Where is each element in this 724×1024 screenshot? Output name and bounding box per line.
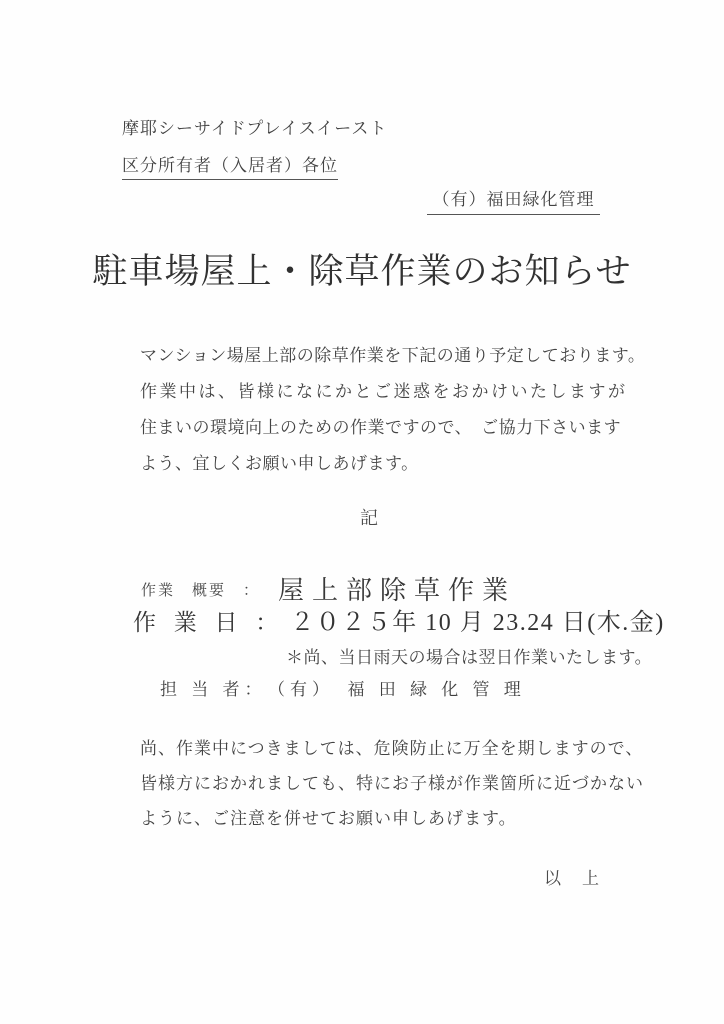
intro-line-3: 住まいの環境向上のための作業ですので、 ご協力下さいます xyxy=(140,410,645,446)
closing-line-3: ように、ご注意を併せてお願い申しあげます。 xyxy=(140,801,644,836)
work-summary-value: 屋上部除草作業 xyxy=(278,576,516,605)
closing-paragraph: 尚、作業中につきましては、危険防止に万全を期しますので、 皆様方におかれましても… xyxy=(140,731,644,836)
closing-line-1: 尚、作業中につきましては、危険防止に万全を期しますので、 xyxy=(140,731,644,766)
addressee-residents-line: 区分所有者（入居者）各位 xyxy=(122,151,338,180)
document-page: 摩耶シーサイドプレイスイースト 区分所有者（入居者）各位 （有）福田緑化管理 駐… xyxy=(0,0,724,1024)
intro-line-2: 作業中は、皆様になにかとご迷惑をおかけいたしますが xyxy=(140,374,645,410)
record-section-marker: 記 xyxy=(0,504,724,530)
notice-title: 駐車場屋上・除草作業のお知らせ xyxy=(0,244,724,294)
sender-company-name: （有）福田緑化管理 xyxy=(427,185,600,215)
staff-row: 担 当 者：（有） 福 田 緑 化 管 理 xyxy=(160,675,526,700)
work-date-label: 作 業 日 ： xyxy=(133,610,284,635)
work-summary-label: 作業 概要 ： xyxy=(141,583,260,599)
work-date-row: 作 業 日 ：２０２５年 10 月 23.24 日(木.金) xyxy=(133,602,665,637)
closing-line-2: 皆様方におかれましても、特にお子様が作業箇所に近づかない xyxy=(140,766,644,801)
rain-postponement-note: ＊尚、当日雨天の場合は翌日作業いたします。 xyxy=(286,643,652,668)
staff-label: 担 当 者： xyxy=(160,680,267,699)
work-date-value: ２０２５年 10 月 23.24 日(木.金) xyxy=(290,610,664,636)
intro-line-1: マンション場屋上部の除草作業を下記の通り予定しております。 xyxy=(140,338,645,374)
intro-paragraph: マンション場屋上部の除草作業を下記の通り予定しております。 作業中は、皆様になに… xyxy=(140,338,645,482)
addressee-building-name: 摩耶シーサイドプレイスイースト xyxy=(122,114,387,139)
staff-value: （有） 福 田 緑 化 管 理 xyxy=(277,680,526,699)
document-end-marker: 以 上 xyxy=(544,864,601,889)
intro-line-4: よう、宜しくお願い申しあげます。 xyxy=(140,446,645,482)
